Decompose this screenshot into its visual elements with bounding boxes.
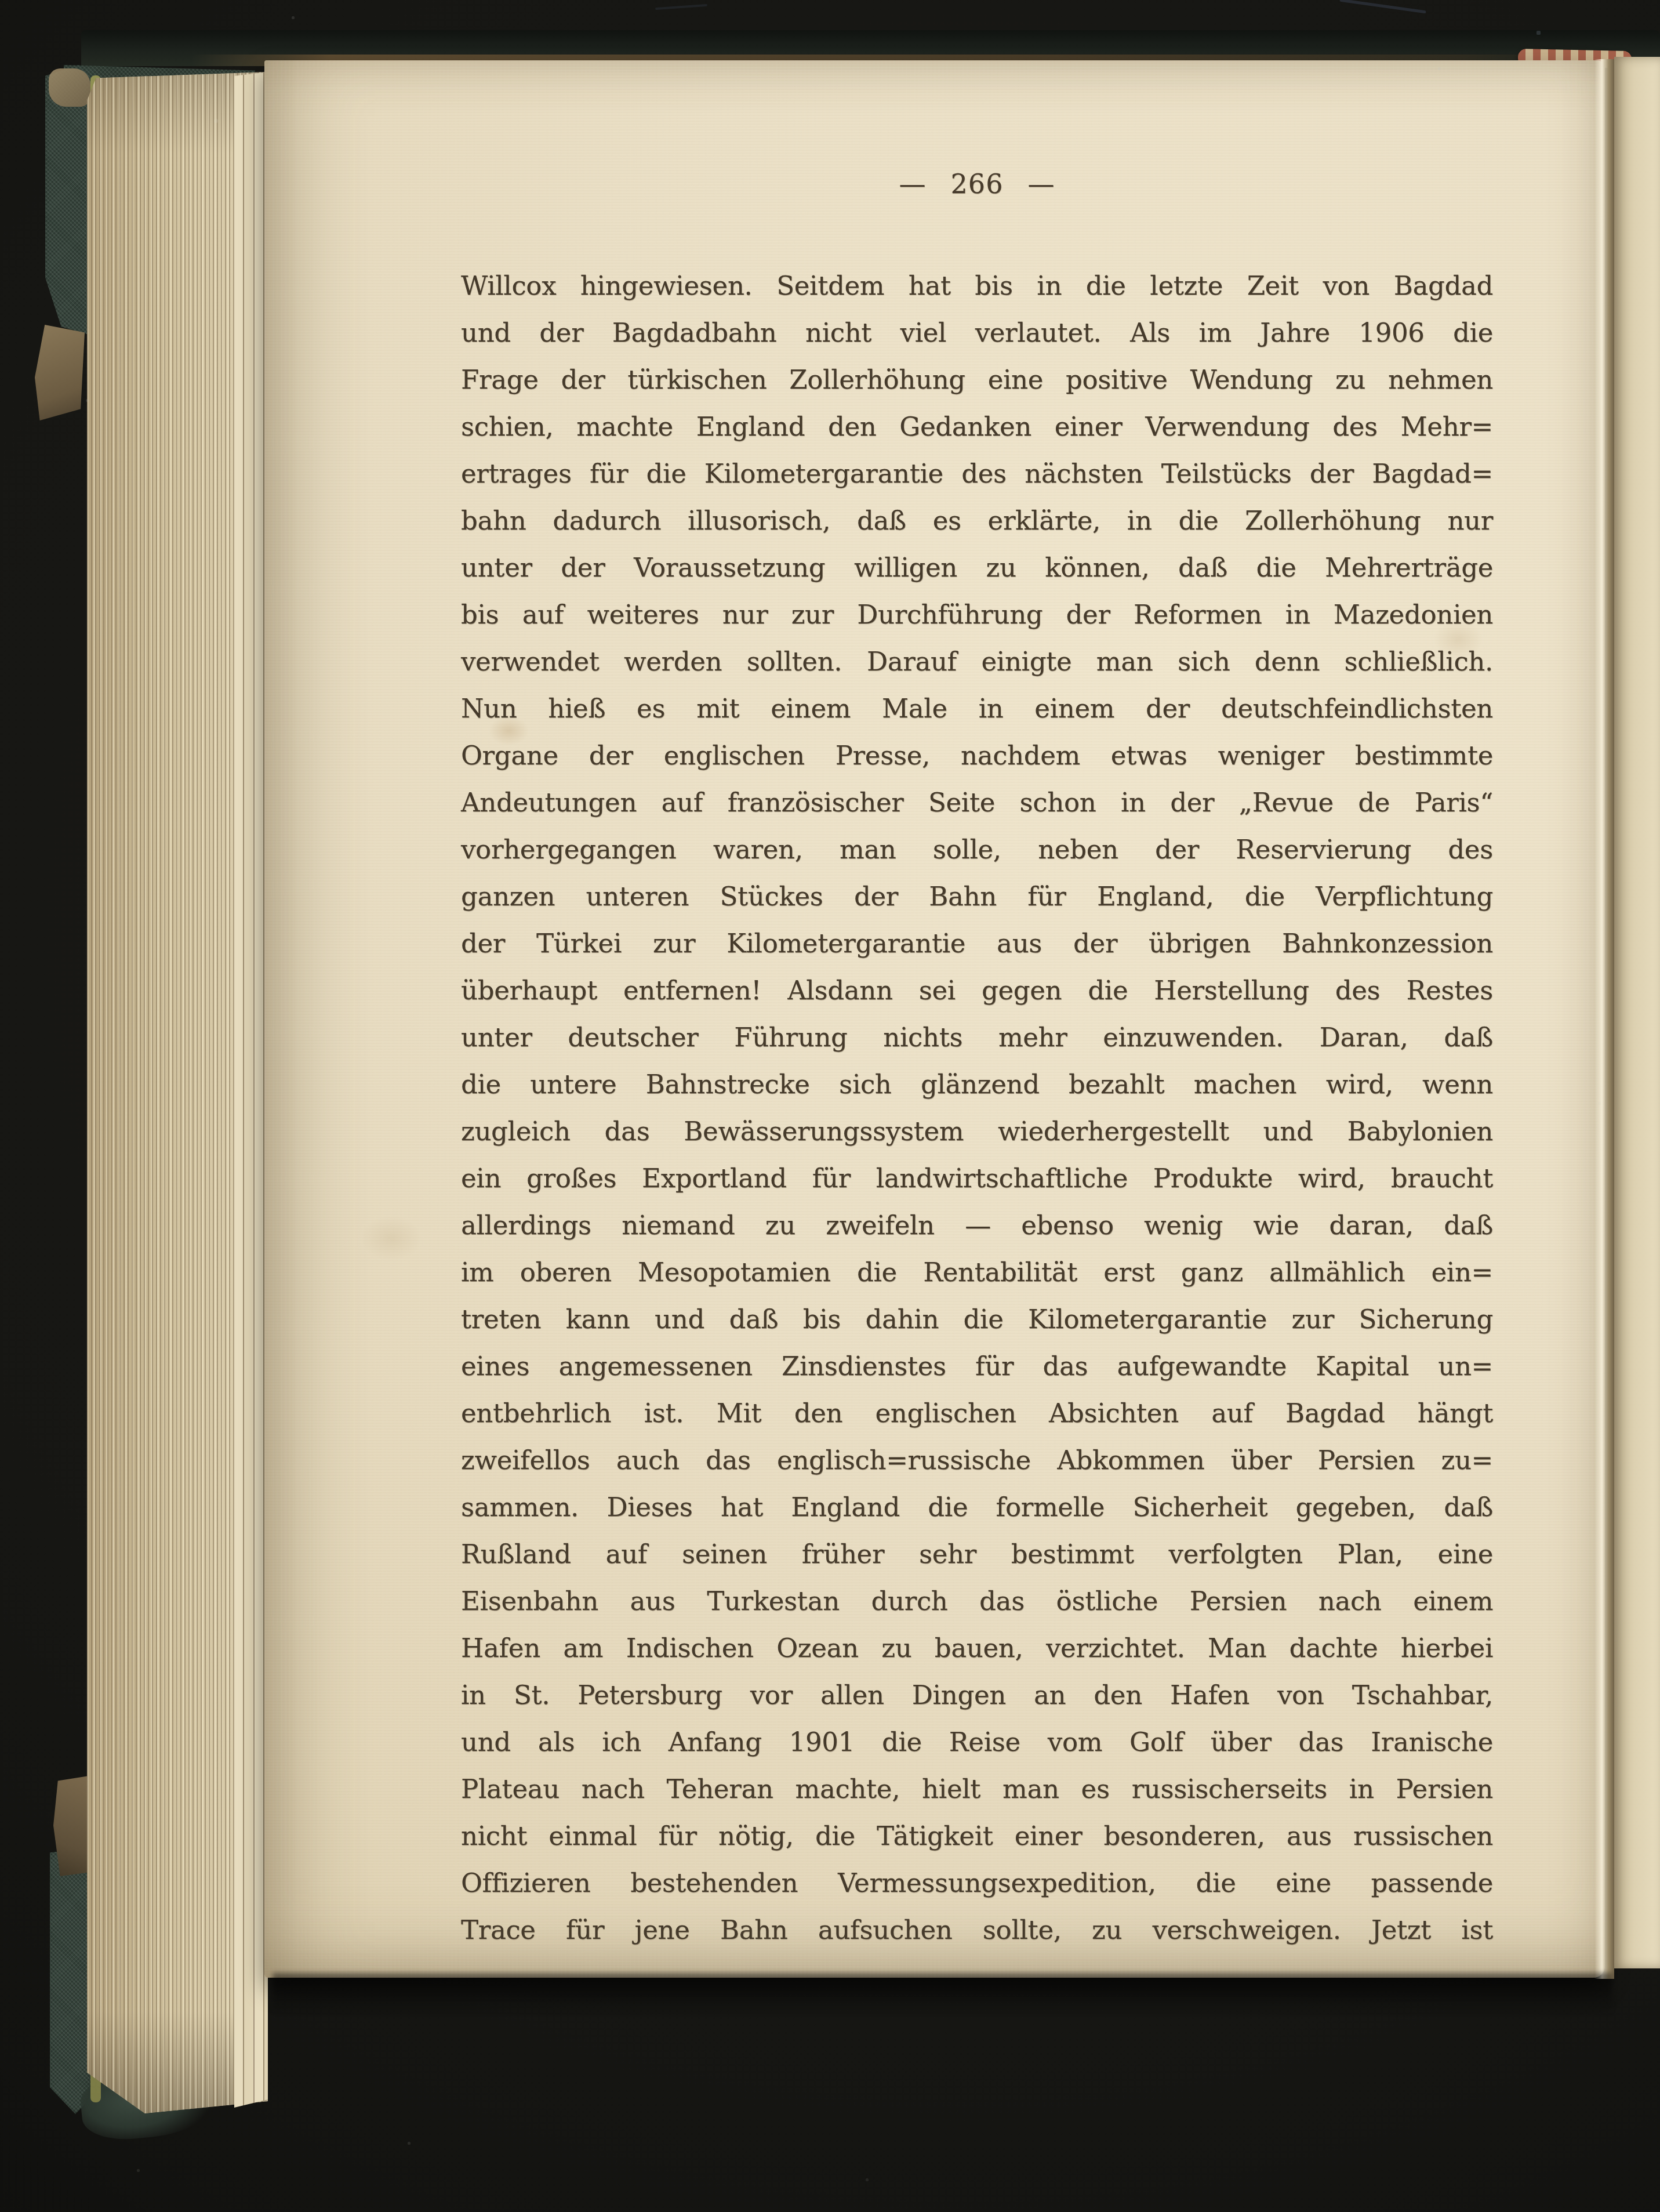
text-line: Frage der türkischen Zollerhöhung eine p… [461,356,1493,403]
text-line: Plateau nach Teheran machte, hielt man e… [461,1765,1493,1812]
text-line: nicht einmal für nötig, die Tätigkeit ei… [461,1812,1493,1859]
text-line: in St. Petersburg vor allen Dingen an de… [461,1671,1493,1718]
text-line: und der Bagdadbahn nicht viel verlautet.… [461,309,1493,356]
page-text: Willcox hingewiesen. Seitdem hat bis in … [461,262,1493,1953]
page-number-value: 266 [951,168,1004,200]
page-number: —266— [461,166,1493,202]
text-line: überhaupt entfernen! Alsdann sei gegen d… [461,967,1493,1014]
text-line: Andeutungen auf französischer Seite scho… [461,779,1493,826]
text-line: die untere Bahnstrecke sich glänzend bez… [461,1061,1493,1108]
text-line: schien, machte England den Gedanken eine… [461,403,1493,450]
text-line: sammen. Dieses hat England die formelle … [461,1484,1493,1531]
text-line: Nun hieß es mit einem Male in einem der … [461,685,1493,732]
text-line: unter deutscher Führung nichts mehr einz… [461,1014,1493,1061]
text-line: Trace für jene Bahn aufsuchen sollte, zu… [461,1906,1493,1953]
text-line: Organe der englischen Presse, nachdem et… [461,732,1493,779]
text-line: verwendet werden sollten. Darauf einigte… [461,638,1493,685]
text-line: treten kann und daß bis dahin die Kilome… [461,1296,1493,1343]
text-line: Offizieren bestehenden Vermessungsexpedi… [461,1859,1493,1906]
text-line: ganzen unteren Stückes der Bahn für Engl… [461,873,1493,920]
text-line: zugleich das Bewässerungssystem wiederhe… [461,1108,1493,1155]
facing-page-sliver [1614,57,1660,1968]
text-line: vorhergegangen waren, man solle, neben d… [461,826,1493,873]
page-number-dash-left: — [899,168,927,200]
text-line: Willcox hingewiesen. Seitdem hat bis in … [461,262,1493,309]
text-line: und als ich Anfang 1901 die Reise vom Go… [461,1718,1493,1765]
text-line: im oberen Mesopotamien die Rentabilität … [461,1249,1493,1296]
page-shadow [273,1973,1612,2014]
text-line: Eisenbahn aus Turkestan durch das östlic… [461,1578,1493,1624]
text-line: allerdings niemand zu zweifeln — ebenso … [461,1202,1493,1249]
text-line: eines angemessenen Zinsdienstes für das … [461,1343,1493,1390]
text-line: entbehrlich ist. Mit den englischen Absi… [461,1390,1493,1437]
text-line: der Türkei zur Kilometergarantie aus der… [461,920,1493,967]
cover-corner-wear-top [49,68,90,107]
dust-specks [0,0,1,1]
text-line: Hafen am Indischen Ozean zu bauen, verzi… [461,1624,1493,1671]
page-stack-top-leaves [234,72,268,2108]
text-line: ertrages für die Kilometergarantie des n… [461,450,1493,497]
paper-stain [348,1206,435,1270]
text-line: ein großes Exportland für landwirtschaft… [461,1155,1493,1202]
page-number-dash-right: — [1027,168,1055,200]
text-line: bahn dadurch illusorisch, daß es erklärt… [461,497,1493,544]
text-line: unter der Voraussetzung willigen zu könn… [461,544,1493,591]
cover-corner-wear-left [35,325,85,420]
text-line: zweifellos auch das englisch=russische A… [461,1437,1493,1484]
text-line: bis auf weiteres nur zur Durchführung de… [461,591,1493,638]
gutter-fold [1594,59,1614,1979]
text-line: Rußland auf seinen früher sehr bestimmt … [461,1531,1493,1578]
